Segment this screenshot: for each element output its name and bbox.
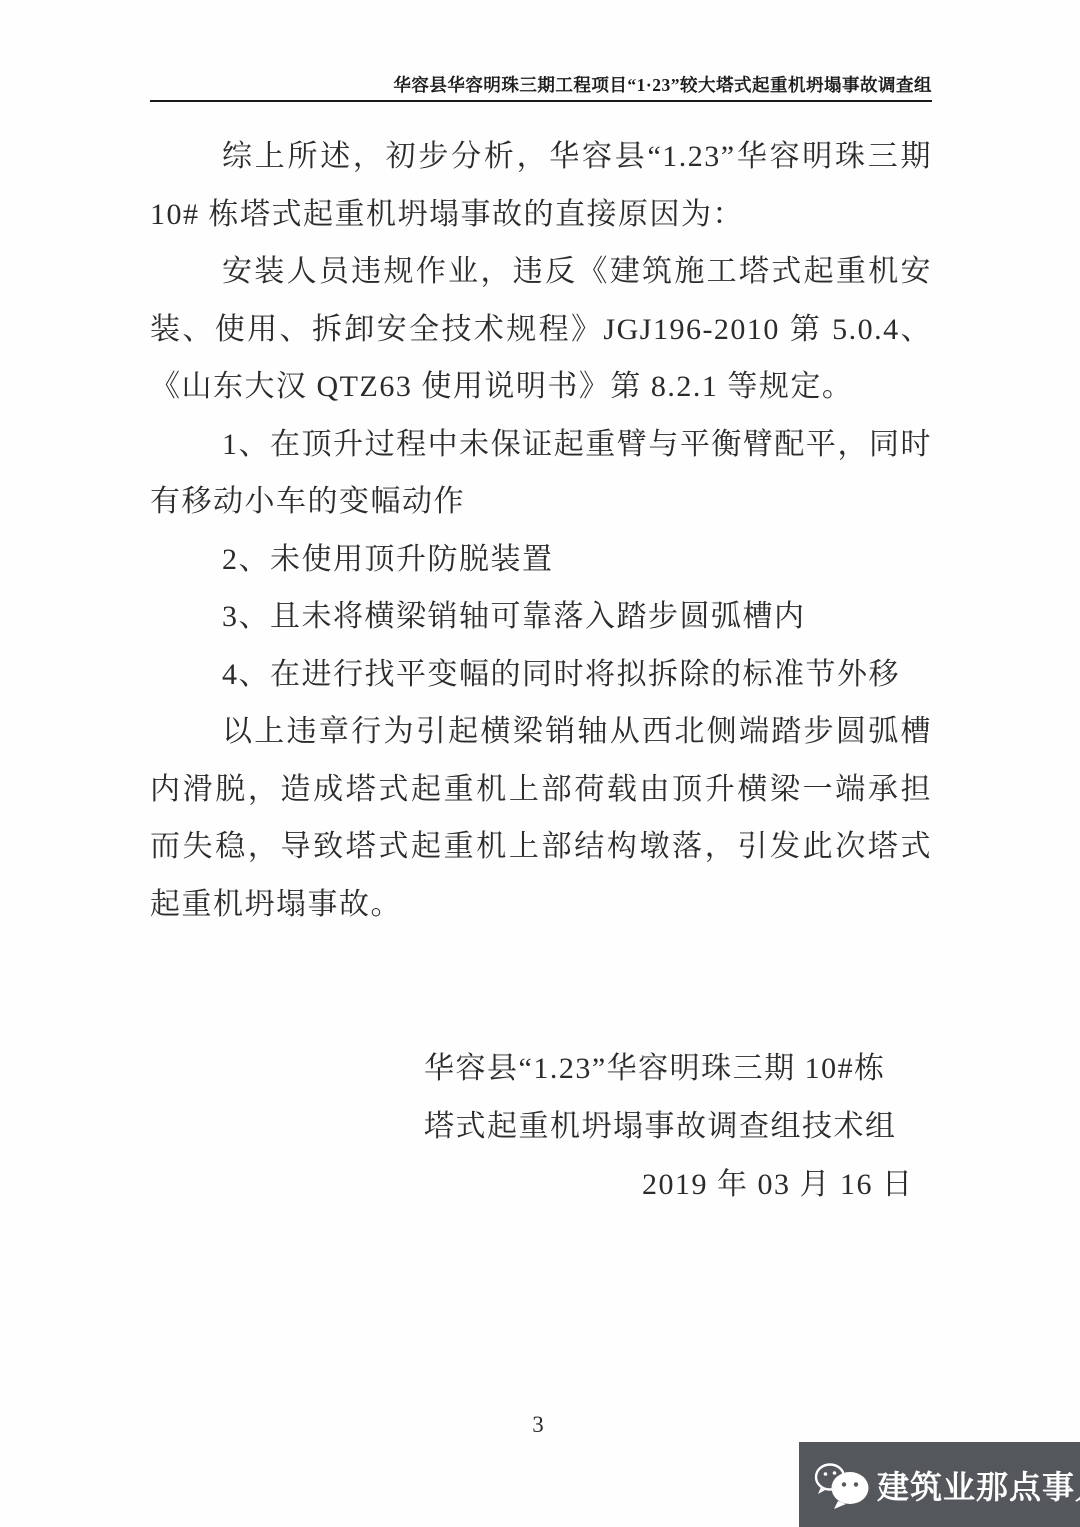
paragraph: 综上所述，初步分析，华容县“1.23”华容明珠三期 10# 栋塔式起重机坍塌事故… [150,128,932,243]
footer-logo: 建筑业那点事儿 [799,1442,1080,1527]
document-body: 综上所述，初步分析，华容县“1.23”华容明珠三期 10# 栋塔式起重机坍塌事故… [150,128,932,933]
paragraph: 3、且未将横梁销轴可靠落入踏步圆弧槽内 [150,588,932,646]
footer-logo-text: 建筑业那点事儿 [877,1462,1080,1508]
paragraph: 4、在进行找平变幅的同时将拟拆除的标准节外移 [150,646,932,704]
paragraph: 以上违章行为引起横梁销轴从西北侧端踏步圆弧槽内滑脱，造成塔式起重机上部荷载由顶升… [150,703,932,933]
signature-line-1: 华容县“1.23”华容明珠三期 10#栋 [424,1040,924,1098]
paragraph: 安装人员违规作业，违反《建筑施工塔式起重机安装、使用、拆卸安全技术规程》JGJ1… [150,243,932,416]
document-page: 华容县华容明珠三期工程项目“1·23”较大塔式起重机坍塌事故调查组 综上所述，初… [0,0,1080,1527]
wechat-bubbles-icon [813,1460,871,1510]
paragraph: 1、在顶升过程中未保证起重臂与平衡臂配平，同时有移动小车的变幅动作 [150,416,932,531]
paragraph: 2、未使用顶升防脱装置 [150,531,932,589]
signature-date: 2019 年 03 月 16 日 [642,1156,924,1214]
signature-block: 华容县“1.23”华容明珠三期 10#栋 塔式起重机坍塌事故调查组技术组 201… [424,1040,924,1214]
header-title: 华容县华容明珠三期工程项目“1·23”较大塔式起重机坍塌事故调查组 [150,74,932,96]
signature-line-2: 塔式起重机坍塌事故调查组技术组 [424,1098,924,1156]
header-rule [150,100,932,102]
page-number: 3 [0,1412,1076,1438]
